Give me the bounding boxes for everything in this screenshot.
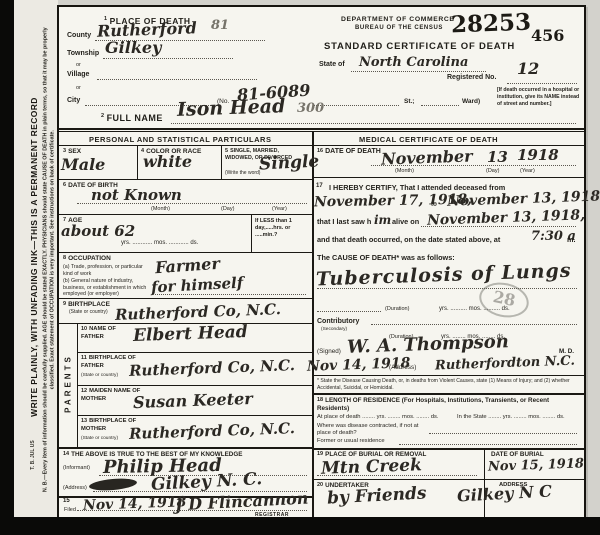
signed-address-label: (Address) (389, 364, 416, 371)
filed-number: 15 (63, 498, 70, 504)
sex-value: Male (61, 155, 105, 174)
medical-section-title: MEDICAL CERTIFICATE OF DEATH (359, 135, 498, 144)
file-number-stamp: 28253 (451, 9, 532, 39)
cause-duration-units: yrs. .......... mos. .......... ds. (439, 306, 510, 312)
father-name-label: 10NAME OF FATHER (81, 326, 133, 341)
certify-to-label: to (431, 201, 437, 208)
undertaker-address-value: Gilkey N C (457, 482, 553, 506)
death-year-value: 1918 (517, 146, 559, 164)
township-label: Township (67, 50, 99, 57)
burial-date-label: DATE OF BURIAL (491, 451, 544, 458)
dotted-line (421, 226, 576, 227)
ward-label: Ward) (462, 98, 480, 105)
county-label: County (67, 32, 91, 39)
year-sub-label: (Year) (520, 168, 535, 174)
divider (59, 252, 312, 253)
signed-address-value: Rutherfordton N.C. (435, 354, 575, 374)
divider (59, 131, 584, 132)
father-name-value: Elbert Head (133, 322, 248, 346)
contributory-label: Contributory (317, 318, 359, 325)
column-divider (312, 131, 314, 519)
dotted-line (371, 165, 576, 166)
divider (77, 385, 312, 386)
item-number: 11 (81, 355, 87, 361)
cell-divider (137, 145, 138, 179)
city-label: City (67, 97, 80, 104)
informant-address-label: (Address) (63, 485, 87, 491)
residence-at-place: At place of death ........ yrs. ........… (317, 414, 438, 420)
birthplace-value: Rutherford Co, N.C. (115, 300, 282, 324)
occupation-a-value: Farmer (154, 254, 220, 277)
item-number: 10 (81, 326, 87, 332)
marital-value: Single (259, 151, 320, 174)
registered-no-label: Registered No. (447, 74, 496, 81)
item-number: 19 (317, 451, 323, 457)
scan-bottom-border (0, 517, 600, 535)
scan-left-border (0, 0, 14, 535)
father-birthplace-value: Rutherford Co, N.C. (129, 356, 296, 380)
informant-label: (Informant) (63, 465, 90, 471)
parents-label: PARENTS (64, 344, 73, 424)
contributory-sub-label: (Secondary) (321, 327, 347, 332)
residence-label: 18LENGTH OF RESIDENCE (For Hospitals, In… (317, 397, 573, 413)
township-value: Gilkey (105, 38, 161, 57)
divider (312, 177, 584, 178)
item-number: 6 (63, 182, 66, 188)
month-sub-label: (Month) (395, 168, 414, 174)
certify-line3: and that death occurred, on the date sta… (317, 235, 500, 244)
birthplace-label: 9BIRTHPLACE (63, 301, 110, 308)
dotted-line (421, 105, 459, 106)
dotted-line (151, 294, 306, 295)
residence-former: Former or usual residence (317, 438, 385, 444)
item-number: 20 (317, 482, 323, 488)
cause-duration-label: (Duration) (385, 306, 409, 312)
date-of-death-label: 16DATE OF DEATH (317, 148, 381, 155)
burial-date-value: Nov 15, 1918 (488, 456, 584, 474)
occupation-a-label: (a) Trade, profession, or particular kin… (63, 264, 149, 277)
dotted-line (371, 324, 577, 325)
item-number: 2 (101, 113, 105, 119)
full-name-pencil-number: 300 (297, 101, 324, 116)
physician-signature: W. A. Thompson (347, 331, 509, 358)
street-label: St.; (404, 98, 414, 105)
state-value: North Carolina (359, 55, 468, 70)
dotted-line (77, 203, 307, 204)
divider (312, 393, 584, 395)
dotted-line (77, 510, 307, 511)
divider (312, 448, 584, 450)
item-number: 8 (63, 255, 66, 261)
page-number: 456 (531, 26, 564, 45)
divider (59, 128, 584, 130)
village-label: Village (67, 71, 89, 78)
day-sub-label: (Day) (486, 168, 499, 174)
item-number: 3 (63, 148, 66, 154)
undertaker-value: by Friends (327, 483, 427, 508)
department-line1: DEPARTMENT OF COMMERCE (341, 16, 455, 23)
department-line2: BUREAU OF THE CENSUS (355, 25, 443, 31)
full-name-value: Ison Head (177, 95, 286, 121)
certify-line1: I HEREBY CERTIFY, That I attended deceas… (329, 183, 505, 192)
margin-note: N. B.—Every item of information should b… (42, 22, 56, 498)
dotted-line (314, 105, 399, 106)
cell-divider (251, 214, 252, 252)
dotted-line (317, 288, 577, 289)
divider (59, 179, 312, 180)
marital-sub-label: (Write the word) (225, 170, 260, 176)
or-label: or (76, 62, 81, 68)
margin-form-code: T. B. JUL US (30, 425, 36, 485)
birthplace-sub-label: (State or country) (69, 309, 108, 315)
mother-maiden-name-value: Susan Keeter (133, 389, 253, 412)
cause-of-death-value: Tuberculosis of Lungs (316, 260, 572, 291)
divider (59, 298, 312, 299)
dotted-line (317, 475, 477, 476)
certify-item-number: 17 (316, 183, 323, 189)
divider (77, 352, 312, 353)
state-label: State of (319, 61, 345, 68)
color-race-value: white (143, 152, 192, 171)
year-sub-label: (Year) (272, 206, 287, 212)
certify-line2-pre: that I last saw h (317, 217, 371, 226)
father-birthplace-sub: (State or country) (81, 373, 118, 378)
divider (312, 375, 584, 376)
full-name-label: 2FULL NAME (101, 113, 163, 123)
registered-no-value: 12 (517, 59, 539, 78)
or-label: or (76, 85, 81, 91)
occupation-label: 8OCCUPATION (63, 255, 111, 262)
certify-line2-hw: im (374, 213, 391, 227)
divider (59, 447, 312, 449)
cause-footnote: * State the Disease Causing Death, or, i… (317, 378, 575, 391)
residence-contracted: Where was disease contracted, if not at … (317, 423, 427, 437)
item-number: 12 (81, 388, 87, 394)
dotted-line (103, 58, 233, 59)
death-day-value: 13 (487, 148, 508, 166)
item-number: 5 (225, 148, 228, 154)
item-number: 16 (317, 148, 323, 154)
mother-birthplace-sub: (State or country) (81, 436, 118, 441)
occupation-b-label: (b) General nature of industry, business… (63, 278, 149, 298)
sex-label: 3SEX (63, 148, 81, 155)
age-value: about 62 (61, 222, 135, 240)
divider (59, 214, 312, 215)
filed-label: Filed (64, 507, 76, 513)
mother-birthplace-value: Rutherford Co, N.C. (129, 419, 296, 443)
dotted-line (399, 444, 577, 445)
personal-section-title: PERSONAL AND STATISTICAL PARTICULARS (89, 135, 271, 144)
cause-of-death-label: The CAUSE OF DEATH* was as follows: (317, 253, 455, 262)
signed-label: (Signed) (317, 348, 341, 355)
cell-divider (484, 448, 485, 519)
death-certificate-document: 1PLACE OF DEATH County Rutherford 81 Tow… (57, 5, 586, 521)
item-number: 13 (81, 418, 87, 424)
divider (77, 415, 312, 416)
death-time-suffix: m. (567, 235, 576, 244)
occupation-b-value: for himself (151, 274, 244, 297)
age-less-note: If LESS than 1 day,.....hrs. or .....min… (255, 218, 309, 239)
certificate-title: STANDARD CERTIFICATE OF DEATH (324, 41, 515, 52)
item-number: 18 (317, 397, 323, 403)
county-code: 81 (211, 18, 229, 33)
residence-in-state: In the State ........ yrs. ........ mos.… (457, 414, 565, 420)
dotted-line (317, 311, 381, 312)
dotted-line (171, 123, 576, 124)
ink-blot (89, 477, 138, 492)
date-of-birth-value: not Known (91, 186, 182, 204)
certify-line2-post: alive on (392, 217, 419, 226)
dotted-line (507, 83, 577, 84)
dotted-line (97, 79, 257, 80)
month-sub-label: (Month) (151, 206, 170, 212)
item-number: 9 (63, 301, 66, 307)
dotted-line (351, 71, 486, 72)
age-units: yrs. ............ mos. ............ ds. (121, 240, 198, 246)
day-sub-label: (Day) (221, 206, 234, 212)
dotted-line (429, 433, 577, 434)
cause-code-stamp: 28 (476, 278, 532, 322)
hospital-note: [If death occurred in a hospital or inst… (497, 87, 581, 107)
cell-divider (221, 145, 222, 179)
divider (312, 479, 584, 480)
item-number: 14 (63, 451, 69, 457)
